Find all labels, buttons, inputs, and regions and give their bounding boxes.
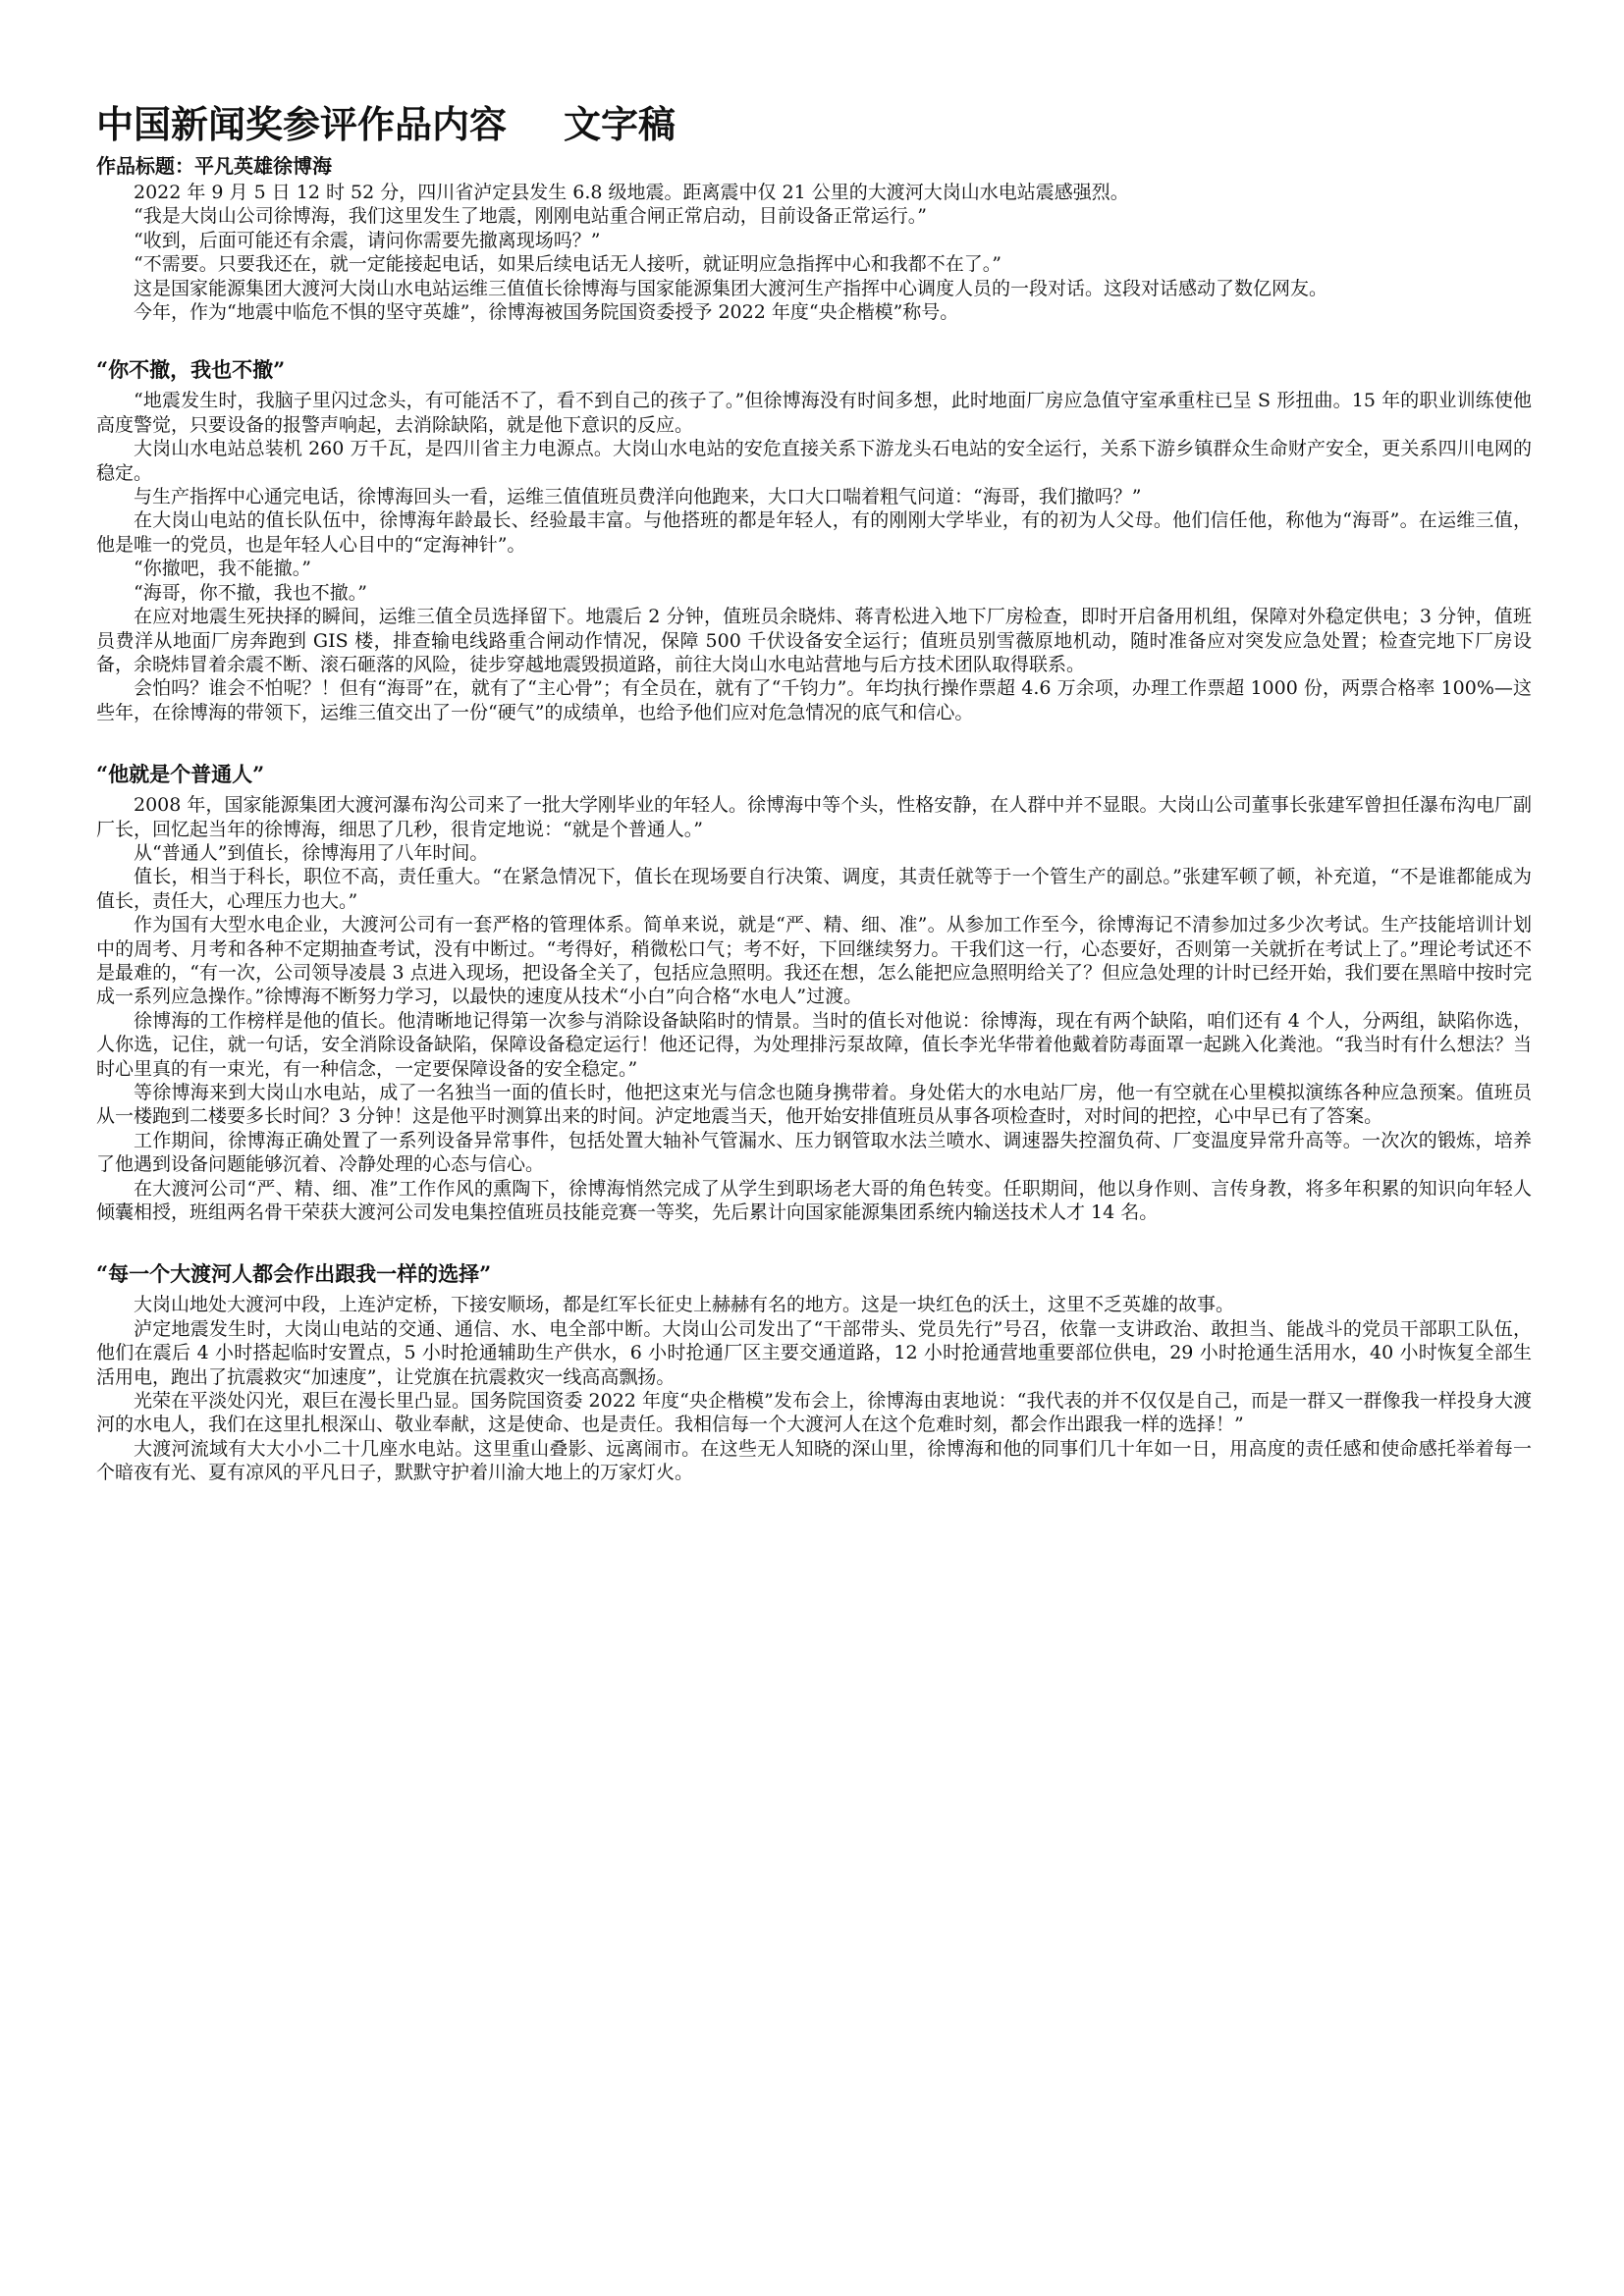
work-title: 作品标题：平凡英雄徐博海 <box>96 151 1532 181</box>
section-paragraph: “你撤吧，我不能撤。” <box>96 557 1532 580</box>
section-paragraph: “海哥，你不撤，我也不撤。” <box>96 581 1532 605</box>
intro-paragraph: “收到，后面可能还有余震，请问你需要先撤离现场吗？” <box>96 229 1532 252</box>
section-paragraph: 作为国有大型水电企业，大渡河公司有一套严格的管理体系。简单来说，就是“严、精、细… <box>96 913 1532 1009</box>
section-body: 大岗山地处大渡河中段，上连泸定桥，下接安顺场，都是红军长征史上赫赫有名的地方。这… <box>96 1293 1532 1484</box>
section-body: 2008 年，国家能源集团大渡河瀑布沟公司来了一批大学刚毕业的年轻人。徐博海中等… <box>96 793 1532 1224</box>
section-paragraph: 大渡河流域有大大小小二十几座水电站。这里重山叠影、远离闹市。在这些无人知晓的深山… <box>96 1437 1532 1485</box>
section-2: “他就是个普通人” 2008 年，国家能源集团大渡河瀑布沟公司来了一批大学刚毕业… <box>96 760 1532 1224</box>
document-title: 中国新闻奖参评作品内容文字稿 <box>96 100 1532 149</box>
section-paragraph: 等徐博海来到大岗山水电站，成了一名独当一面的值长时，他把这束光与信念也随身携带着… <box>96 1081 1532 1129</box>
section-paragraph: 会怕吗？谁会不怕呢？！但有“海哥”在，就有了“主心骨”；有全员在，就有了“千钧力… <box>96 676 1532 724</box>
section-heading: “他就是个普通人” <box>96 760 1532 789</box>
section-paragraph: 与生产指挥中心通完电话，徐博海回头一看，运维三值值班员费洋向他跑来，大口大口喘着… <box>96 485 1532 508</box>
section-paragraph: 从“普通人”到值长，徐博海用了八年时间。 <box>96 841 1532 865</box>
section-paragraph: 在大渡河公司“严、精、细、准”工作作风的熏陶下，徐博海悄然完成了从学生到职场老大… <box>96 1177 1532 1225</box>
work-title-value: 平凡英雄徐博海 <box>194 154 332 178</box>
section-paragraph: 工作期间，徐博海正确处置了一系列设备异常事件，包括处置大轴补气管漏水、压力钢管取… <box>96 1129 1532 1177</box>
work-title-label: 作品标题： <box>96 154 194 178</box>
intro-paragraph: 这是国家能源集团大渡河大岗山水电站运维三值值长徐博海与国家能源集团大渡河生产指挥… <box>96 277 1532 300</box>
section-heading: “你不撤，我也不撤” <box>96 355 1532 385</box>
intro-paragraph: “我是大岗山公司徐博海，我们这里发生了地震，刚刚电站重合闸正常启动，目前设备正常… <box>96 204 1532 228</box>
section-3: “每一个大渡河人都会作出跟我一样的选择” 大岗山地处大渡河中段，上连泸定桥，下接… <box>96 1259 1532 1484</box>
intro-paragraph: “不需要。只要我还在，就一定能接起电话，如果后续电话无人接听，就证明应急指挥中心… <box>96 252 1532 276</box>
document-title-suffix: 文字稿 <box>564 102 676 146</box>
section-heading: “每一个大渡河人都会作出跟我一样的选择” <box>96 1259 1532 1289</box>
section-paragraph: 2008 年，国家能源集团大渡河瀑布沟公司来了一批大学刚毕业的年轻人。徐博海中等… <box>96 793 1532 841</box>
document-page: 中国新闻奖参评作品内容文字稿 作品标题：平凡英雄徐博海 2022 年 9 月 5… <box>96 100 1532 1485</box>
section-paragraph: 大岗山地处大渡河中段，上连泸定桥，下接安顺场，都是红军长征史上赫赫有名的地方。这… <box>96 1293 1532 1316</box>
section-1: “你不撤，我也不撤” “地震发生时，我脑子里闪过念头，有可能活不了，看不到自己的… <box>96 355 1532 724</box>
section-paragraph: 在应对地震生死抉择的瞬间，运维三值全员选择留下。地震后 2 分钟，值班员余晓炜、… <box>96 605 1532 676</box>
section-paragraph: 值长，相当于科长，职位不高，责任重大。“在紧急情况下，值长在现场要自行决策、调度… <box>96 865 1532 913</box>
section-paragraph: “地震发生时，我脑子里闪过念头，有可能活不了，看不到自己的孩子了。”但徐博海没有… <box>96 389 1532 437</box>
intro-paragraph: 2022 年 9 月 5 日 12 时 52 分，四川省泸定县发生 6.8 级地… <box>96 181 1532 204</box>
section-paragraph: 徐博海的工作榜样是他的值长。他清晰地记得第一次参与消除设备缺陷时的情景。当时的值… <box>96 1009 1532 1081</box>
section-paragraph: 在大岗山电站的值长队伍中，徐博海年龄最长、经验最丰富。与他搭班的都是年轻人，有的… <box>96 508 1532 557</box>
section-paragraph: 大岗山水电站总装机 260 万千瓦，是四川省主力电源点。大岗山水电站的安危直接关… <box>96 437 1532 485</box>
section-paragraph: 泸定地震发生时，大岗山电站的交通、通信、水、电全部中断。大岗山公司发出了“干部带… <box>96 1317 1532 1389</box>
document-title-main: 中国新闻奖参评作品内容 <box>96 102 507 146</box>
intro-paragraph: 今年，作为“地震中临危不惧的坚守英雄”，徐博海被国务院国资委授予 2022 年度… <box>96 300 1532 324</box>
section-paragraph: 光荣在平淡处闪光，艰巨在漫长里凸显。国务院国资委 2022 年度“央企楷模”发布… <box>96 1389 1532 1437</box>
intro-section: 2022 年 9 月 5 日 12 时 52 分，四川省泸定县发生 6.8 级地… <box>96 181 1532 324</box>
section-body: “地震发生时，我脑子里闪过念头，有可能活不了，看不到自己的孩子了。”但徐博海没有… <box>96 389 1532 724</box>
